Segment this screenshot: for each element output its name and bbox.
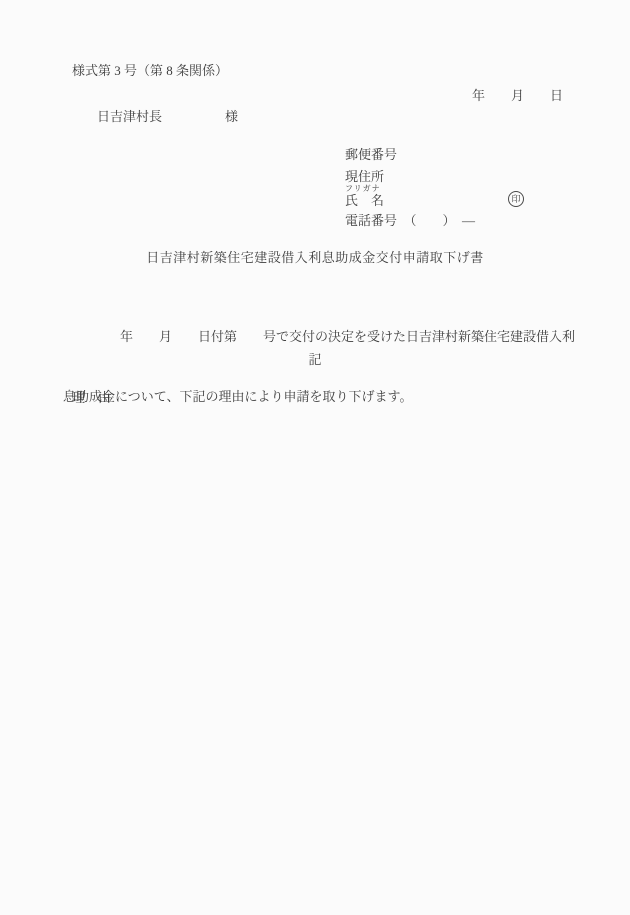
- name-label: 氏 名: [345, 194, 384, 209]
- addressee-honorific: 様: [225, 110, 238, 125]
- date-blank-line: 年 月 日: [472, 89, 563, 104]
- body-line-1: 年 月 日付第 号で交付の決定を受けた日吉津村新築住宅建設借入利: [63, 327, 573, 347]
- document-page: 様式第 3 号（第 8 条関係） 年 月 日 日吉津村長 様 郵便番号 現住所 …: [0, 0, 630, 915]
- addressee-name: 日吉津村長: [97, 110, 162, 125]
- document-title: 日吉津村新築住宅建設借入利息助成金交付申請取下げ書: [0, 251, 630, 266]
- reason-label: 理 由: [72, 391, 111, 406]
- form-number: 様式第 3 号（第 8 条関係）: [72, 64, 228, 79]
- body-line-2: 息助成金について、下記の理由により申請を取り下げます。: [63, 387, 573, 407]
- seal-stamp-icon: 印: [508, 191, 524, 207]
- postal-code-label: 郵便番号: [345, 148, 397, 163]
- furigana-label: フリガナ: [345, 184, 381, 193]
- seal-character: 印: [511, 195, 520, 204]
- current-address-label: 現住所: [345, 170, 384, 185]
- phone-number-label: 電話番号 （ ） ―: [345, 214, 475, 229]
- section-marker-ki: 記: [0, 353, 630, 368]
